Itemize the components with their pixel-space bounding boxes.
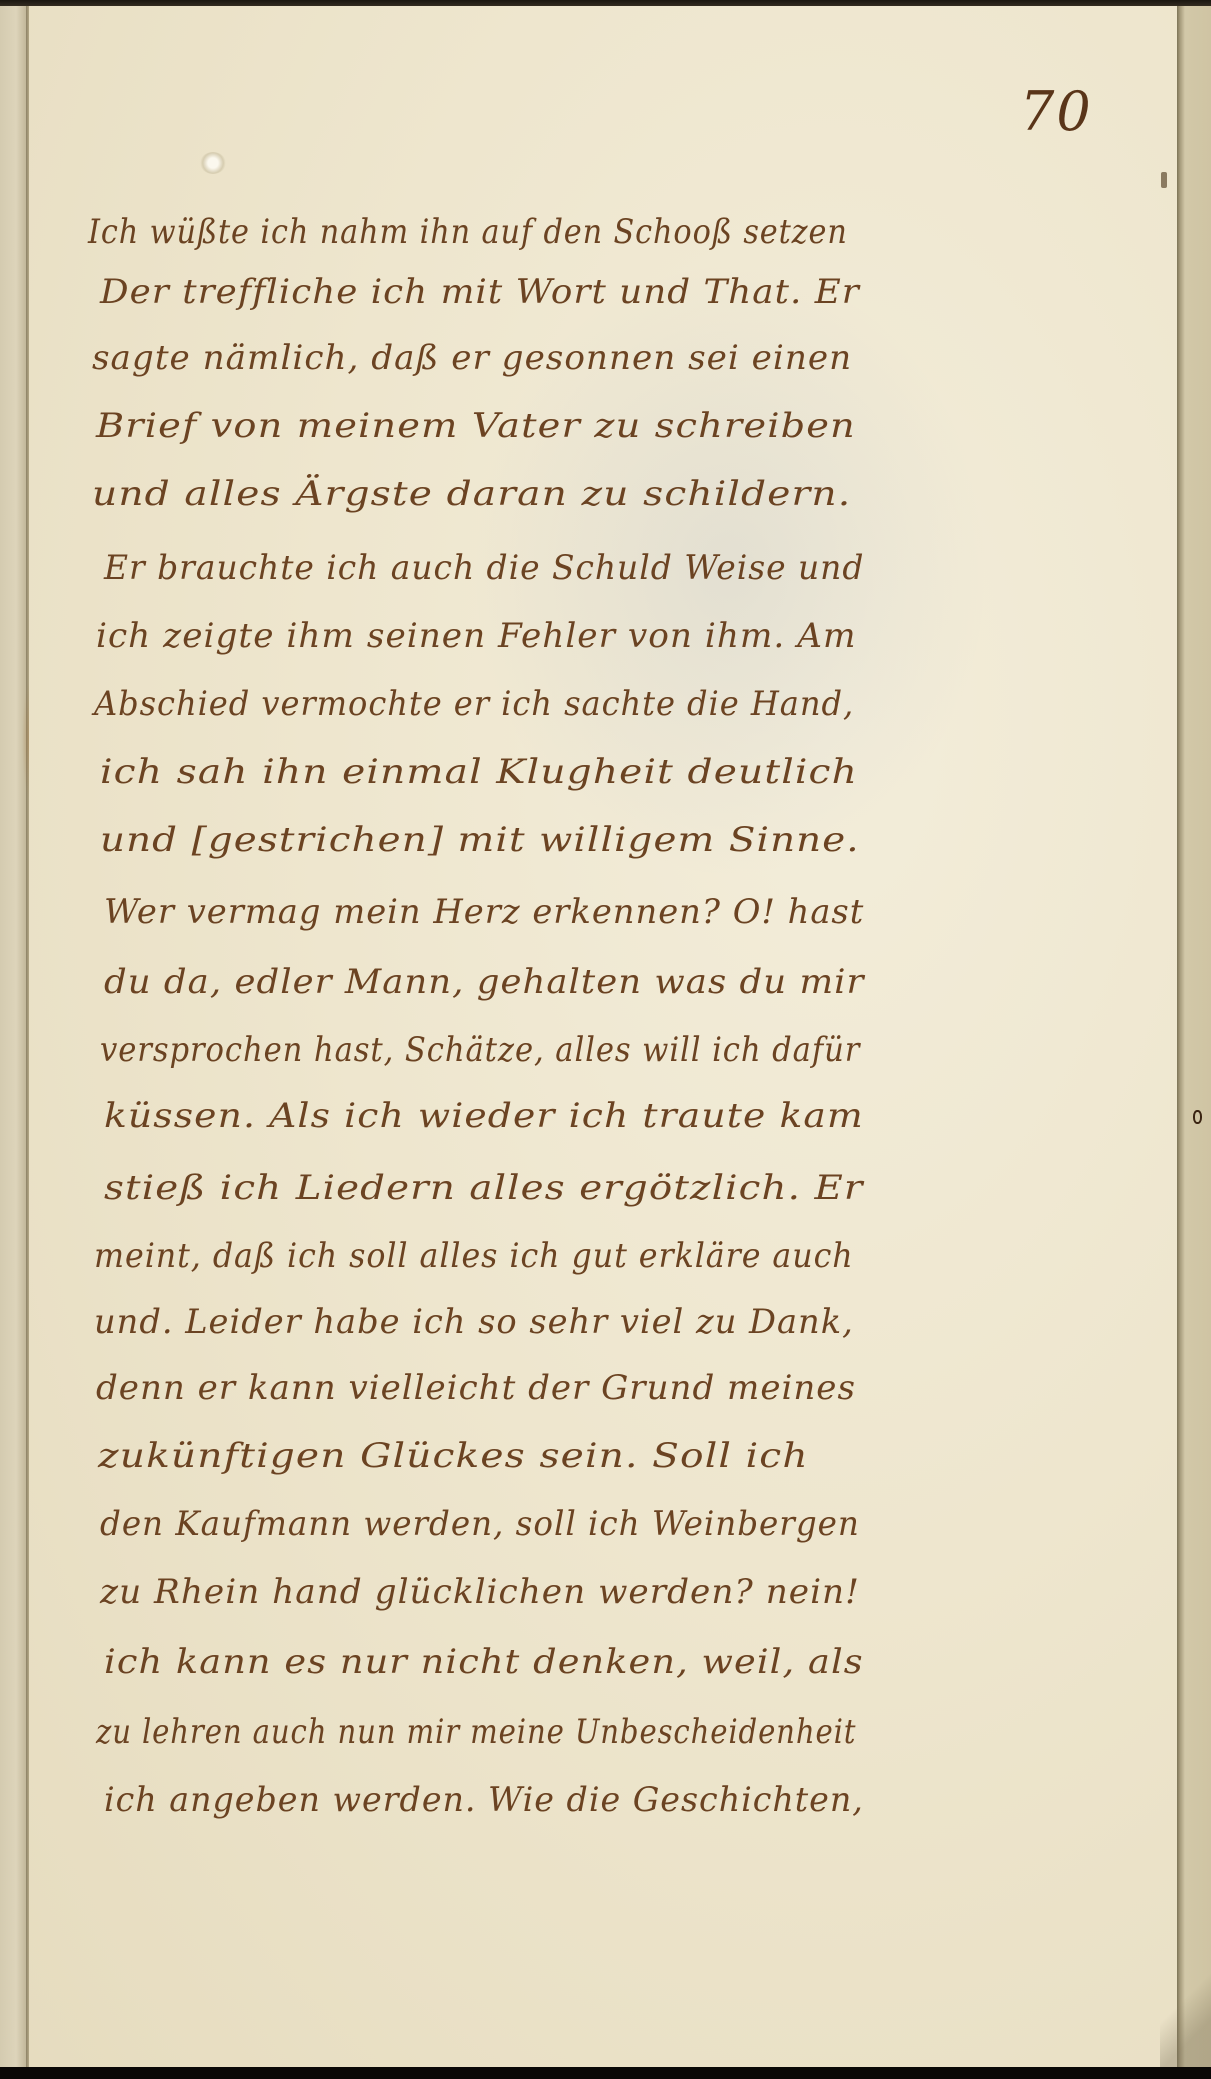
text-line: ich zeigte ihm seinen Fehler von ihm. Am <box>96 616 856 656</box>
text-line: Der treffliche ich mit Wort und That. Er <box>100 272 860 312</box>
text-line: Wer vermag mein Herz erkennen? O! hast <box>104 892 864 932</box>
text-line: und. Leider habe ich so sehr viel zu Dan… <box>94 1302 854 1342</box>
text-line: ich angeben werden. Wie die Geschichten, <box>104 1780 864 1820</box>
handwritten-text-block: Ich wüßte ich nahm ihn auf den Schooß se… <box>0 0 1211 2079</box>
text-line: und [gestrichen] mit willigem Sinne. <box>100 820 860 860</box>
text-line: du da, edler Mann, gehalten was du mir <box>104 962 864 1002</box>
text-line: Abschied vermochte er ich sachte die Han… <box>94 684 854 724</box>
text-line: Er brauchte ich auch die Schuld Weise un… <box>104 548 864 588</box>
text-line: zukünftigen Glückes sein. Soll ich <box>98 1436 809 1476</box>
text-line: meint, daß ich soll alles ich gut erklär… <box>94 1236 854 1276</box>
text-line: zu Rhein hand glücklichen werden? nein! <box>100 1572 860 1612</box>
text-line: küssen. Als ich wieder ich traute kam <box>104 1096 864 1136</box>
text-line: Ich wüßte ich nahm ihn auf den Schooß se… <box>88 212 848 252</box>
text-line: den Kaufmann werden, soll ich Weinbergen <box>100 1504 860 1544</box>
text-line: ich kann es nur nicht denken, weil, als <box>104 1642 864 1682</box>
text-line: stieß ich Liedern alles ergötzlich. Er <box>104 1168 864 1208</box>
text-line: sagte nämlich, daß er gesonnen sei einen <box>92 338 852 378</box>
text-line: versprochen hast, Schätze, alles will ic… <box>100 1030 860 1070</box>
text-line: ich sah ihn einmal Klugheit deutlich <box>100 752 858 792</box>
text-line: und alles Ärgste daran zu schildern. <box>92 474 851 514</box>
text-line: denn er kann vielleicht der Grund meines <box>96 1368 856 1408</box>
text-line: zu lehren auch nun mir meine Unbescheide… <box>96 1712 856 1752</box>
text-line: Brief von meinem Vater zu schreiben <box>96 406 856 446</box>
